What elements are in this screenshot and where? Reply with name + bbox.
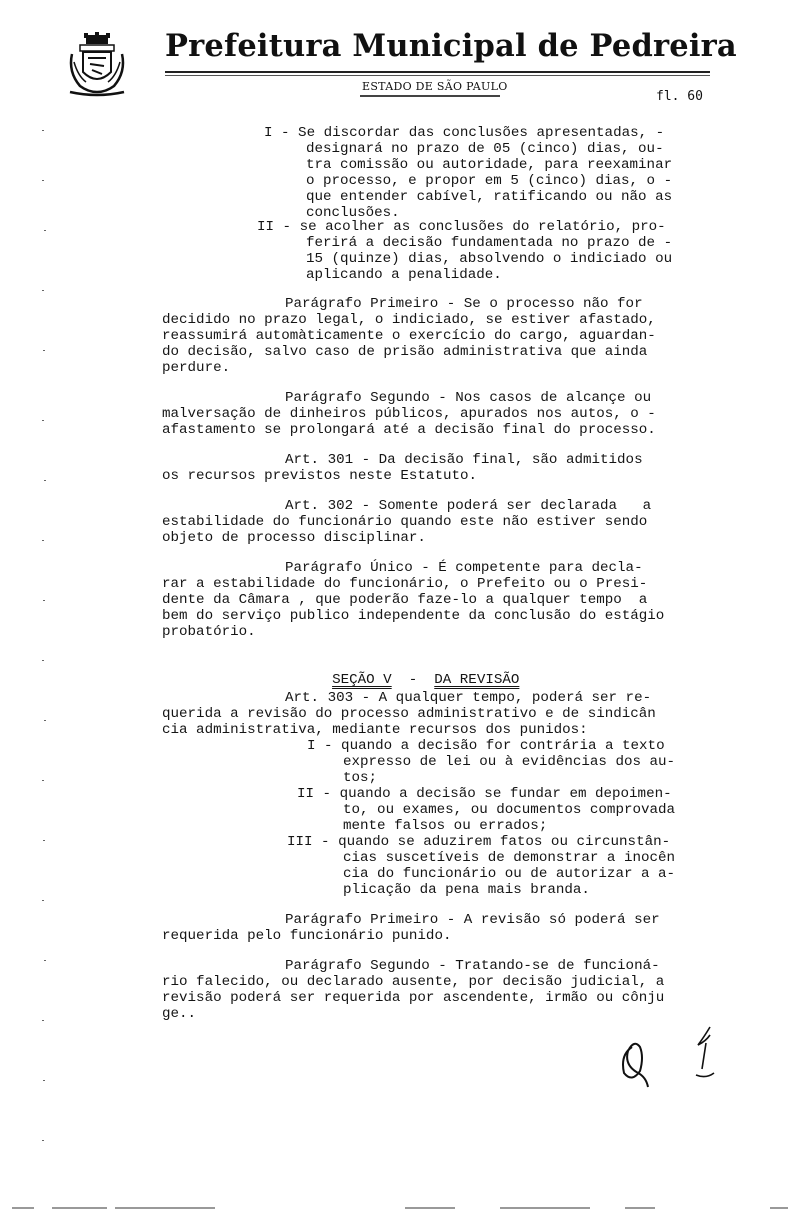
letterhead-title: Prefeitura Municipal de Pedreira	[165, 28, 737, 64]
letterhead-rule	[165, 71, 710, 73]
text-line: requerida pelo funcionário punido.	[162, 928, 451, 944]
text-line: Parágrafo Único - É competente para decl…	[285, 560, 643, 576]
section-number: SEÇÃO V	[332, 672, 392, 688]
section-heading: SEÇÃO V - DA REVISÃO	[298, 656, 519, 704]
municipal-coat-of-arms-icon	[66, 32, 128, 98]
text-line: decidido no prazo legal, o indiciado, se…	[162, 312, 656, 328]
text-line: to, ou exames, ou documentos comprovada	[343, 802, 675, 818]
text-line: II - quando a decisão se fundar em depoi…	[297, 786, 672, 802]
text-line: revisão poderá ser requerida por ascende…	[162, 990, 664, 1006]
text-line: expresso de lei ou à evidências dos au-	[343, 754, 675, 770]
text-line: Art. 301 - Da decisão final, são admitid…	[285, 452, 643, 468]
state-underline	[360, 95, 500, 98]
text-line: reassumirá automàticamente o exercício d…	[162, 328, 656, 344]
text-line: malversação de dinheiros públicos, apura…	[162, 406, 656, 422]
document-page: Prefeitura Municipal de Pedreira ESTADO …	[0, 0, 800, 1216]
text-line: os recursos previstos neste Estatuto.	[162, 468, 477, 484]
text-line: cia administrativa, mediante recursos do…	[162, 722, 588, 738]
text-line: que entender cabível, ratificando ou não…	[306, 189, 672, 205]
text-line: cia do funcionário ou de autorizar a a-	[343, 866, 675, 882]
text-line: Art. 302 - Somente poderá ser declarada …	[285, 498, 651, 514]
text-line: probatório.	[162, 624, 256, 640]
text-line: rio falecido, ou declarado ausente, por …	[162, 974, 664, 990]
letterhead-rule-thin	[165, 75, 710, 76]
text-line: I - Se discordar das conclusões apresent…	[264, 125, 664, 141]
scan-footer-mark	[405, 1207, 455, 1209]
text-line: mente falsos ou errados;	[343, 818, 547, 834]
scan-footer-mark	[115, 1207, 215, 1209]
section-separator: -	[392, 672, 435, 688]
scan-margin-marks	[30, 120, 60, 1170]
text-line: Parágrafo Primeiro - Se o processo não f…	[285, 296, 643, 312]
scan-footer-mark	[625, 1207, 655, 1209]
signature-initials	[610, 1025, 730, 1095]
text-line: ge..	[162, 1006, 196, 1022]
text-line: bem do serviço publico independente da c…	[162, 608, 664, 624]
letterhead-state: ESTADO DE SÃO PAULO	[362, 80, 508, 93]
text-line: estabilidade do funcionário quando este …	[162, 514, 647, 530]
text-line: III - quando se aduzirem fatos ou circun…	[287, 834, 670, 850]
text-line: ferirá a decisão fundamentada no prazo d…	[306, 235, 672, 251]
text-line: Parágrafo Primeiro - A revisão só poderá…	[285, 912, 660, 928]
text-line: plicação da pena mais branda.	[343, 882, 590, 898]
text-line: dente da Câmara , que poderão faze-lo a …	[162, 592, 647, 608]
text-line: rar a estabilidade do funcionário, o Pre…	[162, 576, 647, 592]
text-line: tra comissão ou autoridade, para reexami…	[306, 157, 672, 173]
text-line: querida a revisão do processo administra…	[162, 706, 656, 722]
text-line: afastamento se prolongará até a decisão …	[162, 422, 656, 438]
section-title: DA REVISÃO	[434, 672, 519, 688]
text-line: II - se acolher as conclusões do relatór…	[257, 219, 666, 235]
text-line: perdure.	[162, 360, 230, 376]
page-folio: fl. 60	[656, 89, 703, 104]
scan-footer-mark	[12, 1207, 34, 1209]
text-line: aplicando a penalidade.	[306, 267, 502, 283]
text-line: 15 (quinze) dias, absolvendo o indiciado…	[306, 251, 672, 267]
text-line: Parágrafo Segundo - Tratando-se de funci…	[285, 958, 660, 974]
scan-footer-mark	[500, 1207, 590, 1209]
text-line: do decisão, salvo caso de prisão adminis…	[162, 344, 647, 360]
text-line: designará no prazo de 05 (cinco) dias, o…	[306, 141, 664, 157]
scan-footer-mark	[52, 1207, 107, 1209]
text-line: o processo, e propor em 5 (cinco) dias, …	[306, 173, 672, 189]
text-line: Parágrafo Segundo - Nos casos de alcançe…	[285, 390, 651, 406]
scan-footer-mark	[770, 1207, 788, 1209]
text-line: cias suscetíveis de demonstrar a inocên	[343, 850, 675, 866]
text-line: tos;	[343, 770, 377, 786]
text-line: objeto de processo disciplinar.	[162, 530, 426, 546]
text-line: I - quando a decisão for contrária a tex…	[307, 738, 665, 754]
